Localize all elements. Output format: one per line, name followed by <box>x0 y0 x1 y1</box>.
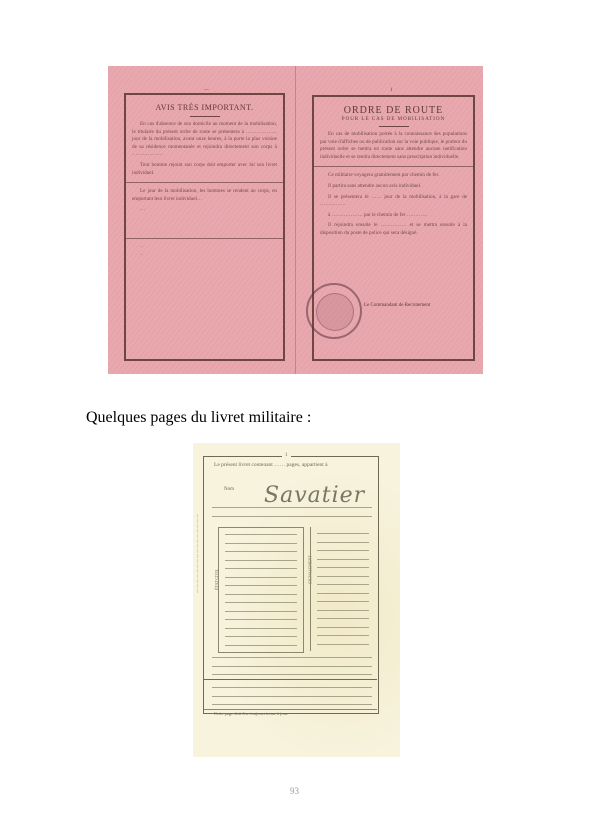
divider <box>314 166 473 167</box>
avis-tres-important-panel: AVIS TRÈS IMPORTANT. En cas d'absence de… <box>124 93 285 361</box>
avis-notes: … … <box>132 244 277 257</box>
official-stamp-icon <box>306 283 362 339</box>
livret-page-marker: 1 <box>282 453 291 458</box>
avis-title: AVIS TRÈS IMPORTANT. <box>132 103 277 112</box>
ordre-de-route-photo: — 1 AVIS TRÈS IMPORTANT. En cas d'absenc… <box>108 66 483 374</box>
livret-frame: 1 Le présent livret contenant …… pages, … <box>203 456 379 714</box>
form-lines-top <box>212 507 372 524</box>
right-page-marker: 1 <box>390 88 393 93</box>
livret-header: Le présent livret contenant …… pages, ap… <box>214 461 374 469</box>
form-separator <box>204 709 377 710</box>
section-label: ÉTAT CIVIL <box>214 569 219 590</box>
ordre-paragraph: En cas de mobilisation portée à la conna… <box>320 131 467 161</box>
avis-paragraph: En cas d'absence de son domicile au mome… <box>132 121 277 159</box>
etat-civil-box <box>310 527 371 651</box>
avis-paragraph: Tout homme rejoint son corps doit emport… <box>132 162 277 177</box>
divider <box>190 116 220 117</box>
livret-militaire-photo: — — — — — — — — — — — — — — — — 1 Le pré… <box>193 443 400 757</box>
avis-paragraph: Le jour de la mobilisation, les hommes s… <box>132 188 277 203</box>
ordre-title: ORDRE DE ROUTE <box>320 105 467 116</box>
ordre-paragraph: Il se présentera le …… jour de la mobili… <box>320 194 467 209</box>
book-fold <box>295 66 296 374</box>
livret-spine-text: — — — — — — — — — — — — — — — — <box>194 514 199 593</box>
handwritten-name: Savatier <box>264 483 365 508</box>
avis-paragraph: … <box>132 206 277 214</box>
ordre-paragraph: Il rejoindra ensuite le …………… et se mett… <box>320 222 467 237</box>
ordre-de-route-panel: ORDRE DE ROUTE POUR LE CAS DE MOBILISATI… <box>312 95 475 361</box>
page-number: 93 <box>290 786 299 796</box>
divider <box>126 238 283 239</box>
livret-name-label: Nom <box>224 487 234 492</box>
ordre-paragraph: Il partira sans attendre aucun avis indi… <box>320 183 467 191</box>
caption: Quelques pages du livret militaire : <box>86 409 311 427</box>
ordre-paragraph: à ……………… par le chemin de fer ………… <box>320 212 467 220</box>
ordre-subtitle: POUR LE CAS DE MOBILISATION <box>320 117 467 122</box>
ordre-signature: Le Commandant de Recrutement <box>364 303 430 308</box>
avis-note: … <box>132 244 277 249</box>
signalement-box <box>218 527 304 653</box>
avis-note: … <box>132 252 277 257</box>
livret-footer: Cette page doit être toujours tenue à jo… <box>214 711 288 716</box>
ordre-paragraph: Ce militaire voyagera gratuitement par c… <box>320 172 467 180</box>
divider <box>379 126 409 127</box>
divider <box>126 182 283 183</box>
